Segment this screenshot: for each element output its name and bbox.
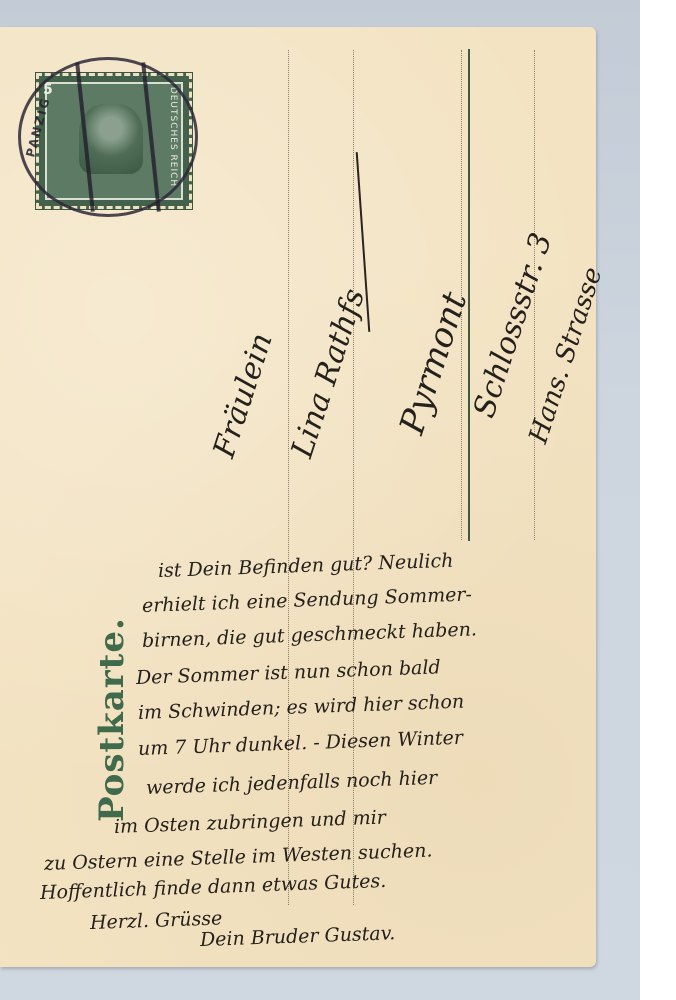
message-line: Dein Bruder Gustav. [200, 922, 396, 951]
address-line: Lina Rathfs [285, 284, 372, 462]
postcard: 5 DEUTSCHES REICH PANZIG Postkarte. Fräu… [0, 27, 596, 967]
postmark: PANZIG [18, 57, 198, 217]
address-line: Pyrmont [392, 287, 475, 439]
message-line: erhielt ich eine Sendung Sommer- [142, 583, 473, 617]
message-line: im Schwinden; es wird hier schon [138, 691, 465, 724]
message-line: birnen, die gut geschmeckt haben. [142, 618, 478, 652]
cancel-bar-icon [75, 62, 95, 212]
message-line: im Osten zubringen und mir [114, 807, 387, 838]
cancel-bar-icon [141, 62, 161, 212]
message-line: um 7 Uhr dunkel. - Diesen Winter [138, 727, 464, 760]
message-line: ist Dein Befinden gut? Neulich [158, 550, 454, 582]
postkarte-title: Postkarte. [92, 617, 132, 822]
divider-line [468, 49, 470, 541]
message-line: werde ich jedenfalls noch hier [146, 767, 438, 799]
message-line: Hoffentlich finde dann etwas Gutes. [40, 870, 387, 904]
postmark-town: PANZIG [23, 95, 53, 159]
address-line: Fräulein [207, 329, 280, 462]
